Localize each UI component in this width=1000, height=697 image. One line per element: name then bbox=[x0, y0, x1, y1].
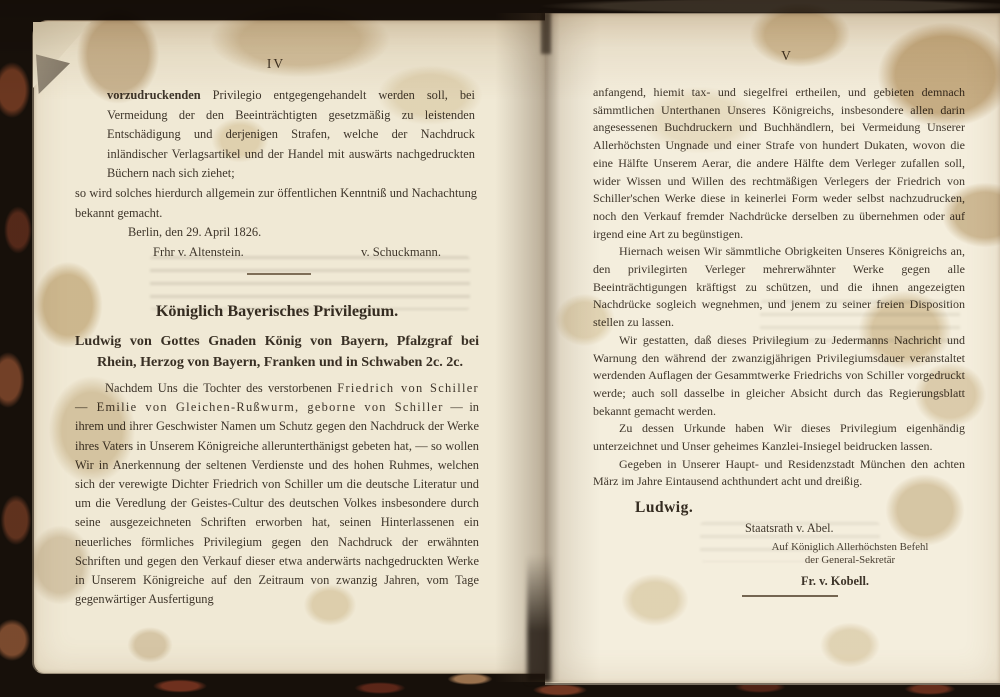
separator-rule bbox=[247, 273, 311, 275]
right-page-text-block: anfangend, hiemit tax- und siegelfrei er… bbox=[593, 84, 965, 590]
book-scan: IV vorzudruckenden Privilegio entgegenge… bbox=[0, 0, 1000, 697]
lead-word: vorzudruckenden bbox=[107, 88, 201, 102]
left-page-top-block: vorzudruckenden Privilegio entgegengehan… bbox=[75, 86, 477, 275]
attestation-line-2: der General-Sekretär bbox=[805, 554, 895, 566]
left-page-bottom-block: Königlich Bayerisches Privilegium. Ludwi… bbox=[75, 302, 479, 609]
signature-altenstein: Frhr v. Altenstein. bbox=[153, 243, 244, 263]
petition-paragraph: Nachdem Uns die Tochter des verstorbenen… bbox=[75, 379, 479, 609]
paragraph-gegeben: Gegeben in Unserer Haupt- und Residenzst… bbox=[593, 456, 965, 491]
signature-row: Frhr v. Altenstein. v. Schuckmann. bbox=[75, 243, 477, 263]
paragraph-wir-gestatten: Wir gestatten, daß dieses Privilegium zu… bbox=[593, 332, 965, 421]
paragraph-continuation: anfangend, hiemit tax- und siegelfrei er… bbox=[593, 84, 965, 243]
petition-before: Nachdem Uns die Tochter des verstorbenen bbox=[105, 381, 337, 395]
separator-rule-right bbox=[742, 595, 838, 597]
secretary-signature: Fr. v. Kobell. bbox=[745, 573, 925, 591]
privilege-heading: Königlich Bayerisches Privilegium. bbox=[75, 302, 479, 321]
closing-line: so wird solches hierdurch allgemein zur … bbox=[75, 184, 477, 223]
royal-title: Ludwig von Gottes Gnaden König von Bayer… bbox=[75, 331, 479, 372]
signature-schuckmann: v. Schuckmann. bbox=[361, 243, 441, 263]
page-number-left: IV bbox=[75, 56, 477, 72]
paragraph-urkunde: Zu dessen Urkunde haben Wir dieses Privi… bbox=[593, 420, 965, 455]
attestation-line-1: Auf Königlich Allerhöchsten Befehl bbox=[772, 541, 929, 553]
royal-signature: Ludwig. bbox=[635, 499, 965, 517]
paragraph-hiernach: Hiernach weisen Wir sämmtliche Obrigkeit… bbox=[593, 243, 965, 332]
gutter-shadow-top bbox=[541, 12, 551, 54]
page-number-right: V bbox=[601, 48, 973, 64]
counter-signature: Staatsrath v. Abel. bbox=[745, 520, 965, 538]
petition-after: — in ihrem und ihrer Geschwister Namen u… bbox=[75, 400, 479, 606]
dateline: Berlin, den 29. April 1826. bbox=[75, 223, 477, 243]
gutter-shadow-bottom bbox=[527, 555, 551, 682]
continuation-paragraph: vorzudruckenden Privilegio entgegengehan… bbox=[107, 86, 475, 184]
attestation-block: Auf Königlich Allerhöchsten Befehl der G… bbox=[730, 541, 970, 568]
